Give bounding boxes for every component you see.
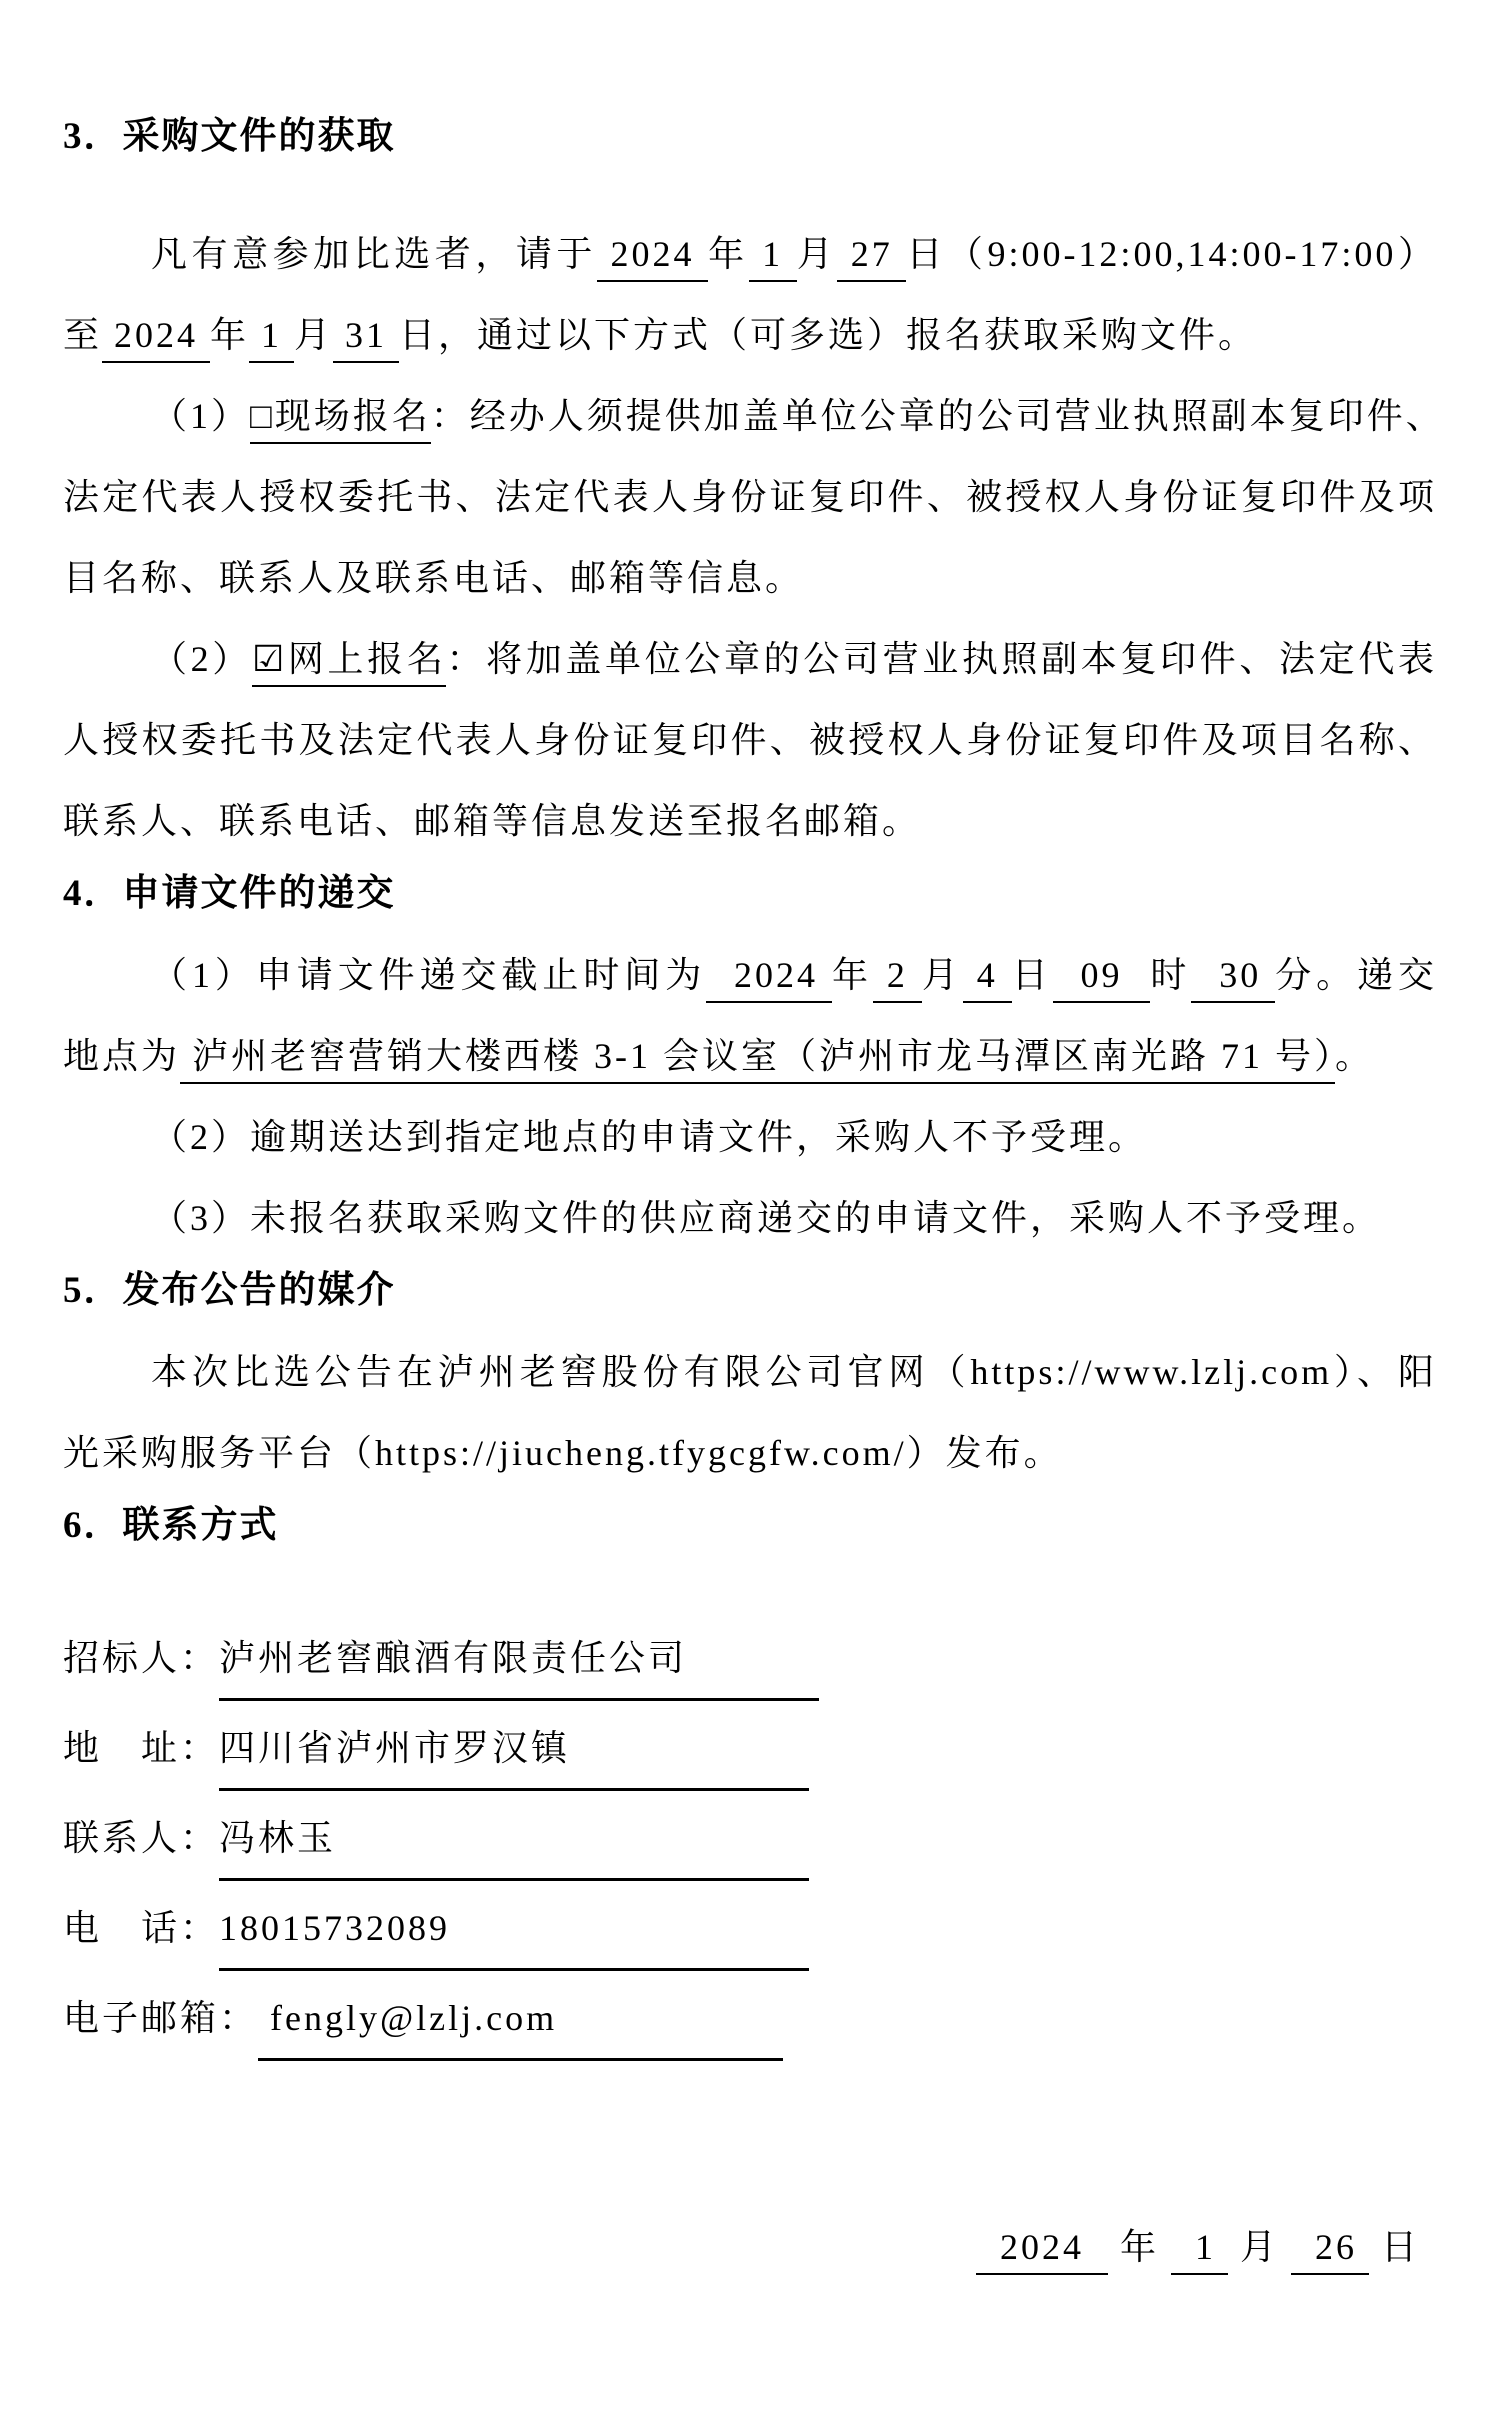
text-segment: 日: [1369, 2227, 1420, 2267]
body-line: 凡有意参加比选者，请于 2024 年 1 月 27 日（9:00-12:00,1…: [63, 222, 1437, 286]
body-line: 人授权委托书及法定代表人身份证复印件、被授权人身份证复印件及项目名称、: [63, 708, 1437, 772]
text-segment: 月: [294, 315, 333, 355]
body-line: 至 2024 年 1 月 31 日，通过以下方式（可多选）报名获取采购文件。: [63, 303, 1437, 367]
text-segment: 。: [1335, 1036, 1374, 1076]
body-line: 地点为 泸州老窖营销大楼西楼 3-1 会议室（泸州市龙马潭区南光路 71 号）。: [63, 1024, 1437, 1088]
text-segment: 目名称、联系人及联系电话、邮箱等信息。: [63, 558, 804, 598]
contact-value-bidder: 泸州老窖酿酒有限责任公司: [219, 1630, 819, 1701]
text-segment: 月: [797, 234, 838, 274]
text-segment: （2）逾期送达到指定地点的申请文件，采购人不予受理。: [151, 1117, 1147, 1157]
text-segment: （1）申请文件递交截止时间为: [151, 955, 706, 995]
checkbox-unchecked-icon: □: [250, 396, 275, 444]
text-segment: 2024: [597, 234, 708, 282]
text-segment: 2: [873, 955, 922, 1003]
text-segment: 法定代表人授权委托书、法定代表人身份证复印件、被授权人身份证复印件及项: [63, 477, 1437, 517]
text-segment: 日，通过以下方式（可多选）报名获取采购文件。: [399, 315, 1257, 355]
text-segment: 本次比选公告在泸州老窖股份有限公司官网（https://www.lzlj.com…: [151, 1352, 1437, 1392]
text-segment: 2024: [102, 315, 210, 363]
text-segment: （3）未报名获取采购文件的供应商递交的申请文件，采购人不予受理。: [151, 1198, 1381, 1238]
document-page: 3．采购文件的获取 凡有意参加比选者，请于 2024 年 1 月 27 日（9:…: [0, 0, 1500, 2435]
body-line: （2）逾期送达到指定地点的申请文件，采购人不予受理。: [63, 1105, 1437, 1169]
text-segment: 2024: [976, 2227, 1108, 2275]
contact-row-person: 联系人：冯林玉: [63, 1810, 1437, 1880]
contact-value-phone: 18015732089: [219, 1900, 809, 1971]
text-segment: 联系人、联系电话、邮箱等信息发送至报名邮箱。: [63, 801, 921, 841]
section-heading-6: 6．联系方式: [63, 1494, 1437, 1558]
contact-value-person: 冯林玉: [219, 1810, 809, 1881]
contact-row-phone: 电 话：18015732089: [63, 1900, 1437, 1970]
contact-label-address: 地 址：: [63, 1720, 219, 1776]
contact-label-phone: 电 话：: [63, 1900, 219, 1956]
text-segment: 年: [210, 315, 249, 355]
text-segment: 1: [249, 315, 294, 363]
section-heading-3: 3．采购文件的获取: [63, 105, 1437, 169]
body-line: 法定代表人授权委托书、法定代表人身份证复印件、被授权人身份证复印件及项: [63, 465, 1437, 529]
text-segment: 泸州老窖营销大楼西楼 3-1 会议室（泸州市龙马潭区南光路 71 号）: [180, 1036, 1335, 1084]
text-segment: 30: [1191, 955, 1275, 1003]
text-segment: 年: [708, 234, 749, 274]
text-segment: 光采购服务平台（https://jiucheng.tfygcgfw.com/）发…: [63, 1433, 1063, 1473]
contact-row-address: 地 址：四川省泸州市罗汉镇: [63, 1720, 1437, 1790]
text-segment: （1）: [151, 396, 250, 436]
text-segment: 2024: [706, 955, 832, 1003]
text-segment: 月: [922, 955, 963, 995]
text-segment: ：经办人须提供加盖单位公章的公司营业执照副本复印件、: [431, 396, 1445, 436]
text-segment: 人授权委托书及法定代表人身份证复印件、被授权人身份证复印件及项目名称、: [63, 720, 1437, 760]
contact-value-email: fengly@lzlj.com: [258, 1990, 783, 2061]
text-segment: 年: [832, 955, 873, 995]
text-segment: 现场报名: [275, 396, 431, 444]
text-segment: 至: [63, 315, 102, 355]
section-heading-5: 5．发布公告的媒介: [63, 1259, 1437, 1323]
text-segment: 31: [333, 315, 399, 363]
text-segment: 4: [963, 955, 1012, 1003]
body-line: （1）申请文件递交截止时间为 2024 年 2 月 4 日 09 时 30 分。…: [63, 943, 1437, 1007]
contact-label-email: 电子邮箱：: [63, 1990, 258, 2046]
text-segment: 网上报名: [287, 639, 446, 687]
contact-row-email: 电子邮箱： fengly@lzlj.com: [63, 1990, 1437, 2060]
text-segment: 凡有意参加比选者，请于: [151, 234, 597, 274]
body-line: （1）□现场报名：经办人须提供加盖单位公章的公司营业执照副本复印件、: [63, 384, 1437, 448]
text-segment: （2）: [151, 639, 252, 679]
text-segment: 分。递交: [1275, 955, 1437, 995]
text-segment: 1: [749, 234, 797, 282]
section-heading-4: 4．申请文件的递交: [63, 862, 1437, 926]
text-segment: 26: [1291, 2227, 1369, 2275]
text-segment: 27: [837, 234, 906, 282]
contact-value-address: 四川省泸州市罗汉镇: [219, 1720, 809, 1791]
text-segment: 时: [1150, 955, 1191, 995]
text-segment: 月: [1228, 2227, 1291, 2267]
text-segment: ：将加盖单位公章的公司营业执照副本复印件、法定代表: [446, 639, 1437, 679]
body-line: 目名称、联系人及联系电话、邮箱等信息。: [63, 546, 1437, 610]
text-segment: 地点为: [63, 1036, 180, 1076]
text-segment: 1: [1171, 2227, 1228, 2275]
text-segment: 日: [1012, 955, 1053, 995]
text-segment: 日（9:00-12:00,14:00-17:00）: [906, 234, 1437, 274]
text-segment: 09: [1053, 955, 1151, 1003]
checkbox-checked-icon: ☑: [252, 639, 287, 687]
text-segment: 年: [1108, 2227, 1171, 2267]
contact-label-bidder: 招标人：: [63, 1630, 219, 1686]
body-line: （3）未报名获取采购文件的供应商递交的申请文件，采购人不予受理。: [63, 1186, 1437, 1250]
body-line: 本次比选公告在泸州老窖股份有限公司官网（https://www.lzlj.com…: [63, 1340, 1437, 1404]
date-line: 2024 年 1 月 26 日: [976, 2215, 1420, 2279]
body-line: 光采购服务平台（https://jiucheng.tfygcgfw.com/）发…: [63, 1421, 1437, 1485]
contact-label-person: 联系人：: [63, 1810, 219, 1866]
body-line: （2）☑网上报名：将加盖单位公章的公司营业执照副本复印件、法定代表: [63, 627, 1437, 691]
body-line: 联系人、联系电话、邮箱等信息发送至报名邮箱。: [63, 789, 1437, 853]
contact-row-bidder: 招标人：泸州老窖酿酒有限责任公司: [63, 1630, 1437, 1700]
